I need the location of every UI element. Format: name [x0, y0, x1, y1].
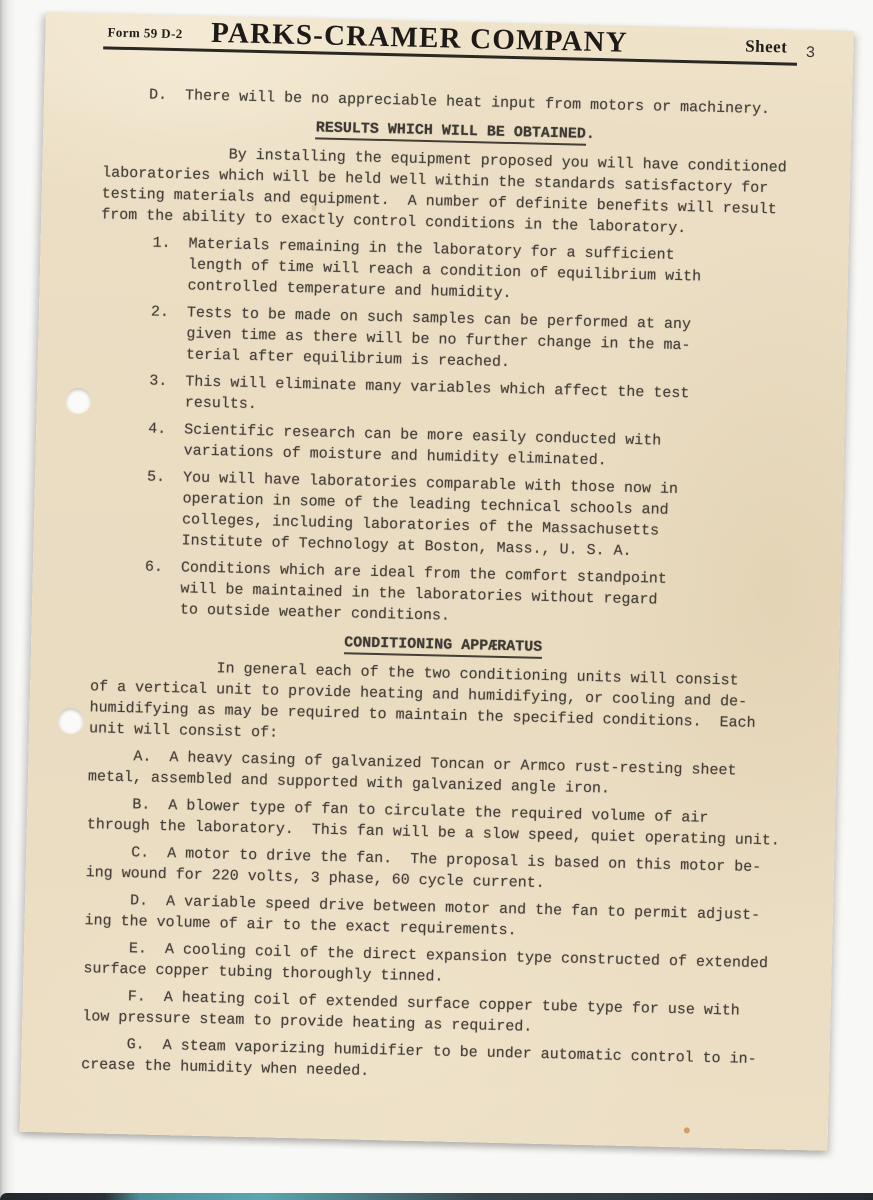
heading-period: . [586, 126, 595, 143]
sheet-number: 3 [805, 44, 815, 62]
typewritten-body: D. There will be no appreciable heat inp… [81, 83, 808, 1097]
results-item-6: 6. Conditions which are ideal from the c… [144, 556, 797, 634]
results-item-4: 4. Scientific research can be more easil… [147, 419, 800, 476]
hole-punch-top [66, 388, 92, 414]
paper-sheet: Form 59 D-2 PARKS-CRAMER COMPANY Sheet 3… [20, 12, 854, 1151]
scanner-edge-left [0, 0, 16, 1200]
results-item-2: 2. Tests to be made on such samples can … [150, 302, 803, 380]
apparatus-list: A. A heavy casing of galvanized Toncan o… [81, 745, 793, 1091]
results-item-5: 5. You will have laboratories comparable… [145, 467, 799, 566]
results-item-1: 1. Materials remaining in the laboratory… [151, 233, 804, 311]
sheet-label: Sheet [745, 36, 788, 57]
results-paragraph: By installing the equipment proposed you… [101, 141, 807, 242]
scanner-edge-bottom [0, 1193, 873, 1200]
results-list: 1. Materials remaining in the laboratory… [144, 233, 805, 635]
apparatus-paragraph: In general each of the two conditioning … [89, 655, 795, 756]
letterhead: Form 59 D-2 PARKS-CRAMER COMPANY Sheet 3 [45, 12, 854, 77]
results-item-3: 3. This will eliminate many variables wh… [149, 371, 802, 428]
apparatus-item-g: G. A steam vaporizing humidifier to be u… [81, 1033, 786, 1092]
hole-punch-bottom [58, 707, 84, 733]
scan-background: { "colors": { "paper": "#ebdec4", "typew… [0, 0, 873, 1200]
stain-dot [684, 1127, 690, 1133]
